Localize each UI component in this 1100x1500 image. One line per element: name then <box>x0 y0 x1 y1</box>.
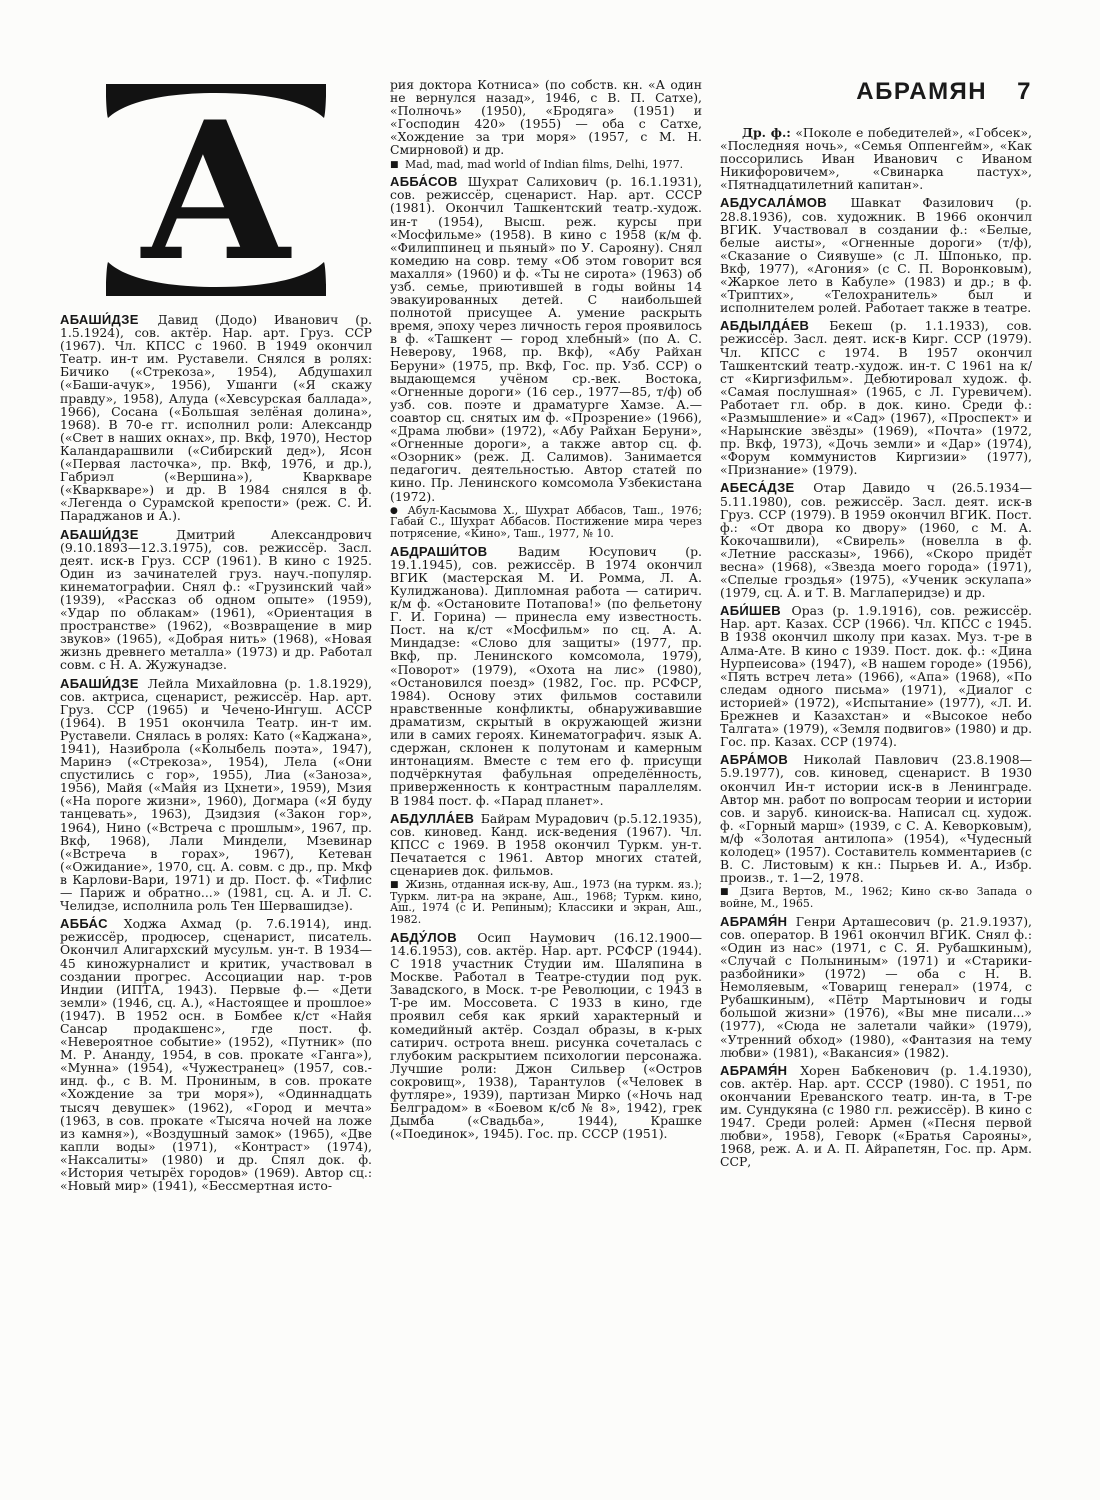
entry-headword: АБДРАШИ́ТОВ <box>390 544 489 559</box>
letter-A-graphic: А <box>106 84 326 296</box>
entry-headword: АБЕСА́ДЗЕ <box>720 480 797 495</box>
encyclopedia-entry: АБАШИ́ДЗЕ Дмитрий Александрович (9.10.18… <box>60 528 372 672</box>
filmography-bullet-icon: ● <box>390 507 398 516</box>
page-number: 7 <box>1017 78 1032 106</box>
column-1: А АБАШИ́ДЗЕ Давид (Додо) Иванович (р. 1.… <box>60 78 372 1192</box>
running-head: АБРАМЯН 7 <box>720 78 1032 106</box>
bibliography-square-icon: ■ <box>390 161 399 170</box>
other-films-label: Др. ф.: <box>742 125 791 140</box>
entry-headword: АБАШИ́ДЗЕ <box>60 312 141 327</box>
encyclopedia-entry: АБЕСА́ДЗЕ Отар Давидо ч (26.5.1934—5.11.… <box>720 481 1032 599</box>
encyclopedia-entry: АБРА́МОВ Николай Павлович (23.8.1908—5.9… <box>720 753 1032 884</box>
running-head-title: АБРАМЯН <box>856 78 987 106</box>
encyclopedia-entry: АБРАМЯ́Н Хорен Бабкенович (р. 1.4.1930),… <box>720 1064 1032 1169</box>
bibliography-note: ■ Дзига Вертов, М., 1962; Кино ск-во Зап… <box>720 886 1032 909</box>
entry-headword: АБДУСАЛА́МОВ <box>720 195 829 210</box>
continuation-paragraph: рия доктора Котниса» (по собств. кн. «А … <box>390 78 702 157</box>
encyclopedia-entry: АББА́С Ходжа Ахмад (р. 7.6.1914), инд. р… <box>60 917 372 1192</box>
encyclopedia-entry: АБРАМЯ́Н Генри Арташесович (р. 21.9.1937… <box>720 915 1032 1059</box>
encyclopedia-entry: АБДУЛЛА́ЕВ Байрам Мурадович (р.5.12.1935… <box>390 812 702 877</box>
entry-headword: АБРАМЯ́Н <box>720 914 789 929</box>
encyclopedia-entry: АБАШИ́ДЗЕ Лейла Михайловна (р. 1.8.1929)… <box>60 677 372 913</box>
encyclopedia-entry: АБДЫЛДА́ЕВ Бекеш (р. 1.1.1933), сов. реж… <box>720 319 1032 476</box>
entry-headword: АББА́СОВ <box>390 174 460 189</box>
entry-headword: АБДУ́ЛОВ <box>390 930 459 945</box>
bibliography-note: ■ Жизнь, отданная иск-ву, Аш., 1973 (на … <box>390 879 702 926</box>
entry-headword: АБАШИ́ДЗЕ <box>60 527 141 542</box>
entry-headword: АБАШИ́ДЗЕ <box>60 676 141 691</box>
entry-headword: АБДЫЛДА́ЕВ <box>720 318 811 333</box>
initial-letter-ornament: А <box>106 84 326 296</box>
entry-headword: АБДУЛЛА́ЕВ <box>390 811 476 826</box>
column-3: АБРАМЯН 7 Др. ф.: «Поколе е победителей»… <box>720 78 1032 1168</box>
encyclopedia-entry: АББА́СОВ Шухрат Салихович (р. 16.1.1931)… <box>390 175 702 502</box>
entry-headword: АБРА́МОВ <box>720 752 790 767</box>
encyclopedia-entry: АБДРАШИ́ТОВ Вадим Юсупович (р. 19.1.1945… <box>390 545 702 807</box>
continuation-paragraph: Др. ф.: «Поколе е победителей», «Гобсек»… <box>720 126 1032 191</box>
text-columns: А АБАШИ́ДЗЕ Давид (Додо) Иванович (р. 1.… <box>60 78 1032 1192</box>
bibliography-square-icon: ■ <box>390 881 399 890</box>
encyclopedia-entry: АБИ́ШЕВ Ораз (р. 1.9.1916), сов. режиссё… <box>720 604 1032 748</box>
encyclopedia-entry: АБДУ́ЛОВ Осип Наумович (16.12.1900—14.6.… <box>390 931 702 1141</box>
encyclopedia-page: А АБАШИ́ДЗЕ Давид (Додо) Иванович (р. 1.… <box>0 0 1100 1500</box>
entry-headword: АББА́С <box>60 916 110 931</box>
dropcap-letter: А <box>139 84 294 296</box>
entry-headword: АБРАМЯ́Н <box>720 1063 789 1078</box>
column-2: рия доктора Котниса» (по собств. кн. «А … <box>390 78 702 1140</box>
encyclopedia-entry: АБДУСАЛА́МОВ Шавкат Фазилович (р. 28.8.1… <box>720 196 1032 314</box>
bibliography-note: ■ Mad, mad, mad world of Indian films, D… <box>390 159 702 171</box>
encyclopedia-entry: АБАШИ́ДЗЕ Давид (Додо) Иванович (р. 1.5.… <box>60 313 372 523</box>
bibliography-square-icon: ■ <box>720 888 729 897</box>
bibliography-note: ● Абул-Касымова Х., Шухрат Аббасов, Таш.… <box>390 505 702 540</box>
entry-headword: АБИ́ШЕВ <box>720 603 783 618</box>
